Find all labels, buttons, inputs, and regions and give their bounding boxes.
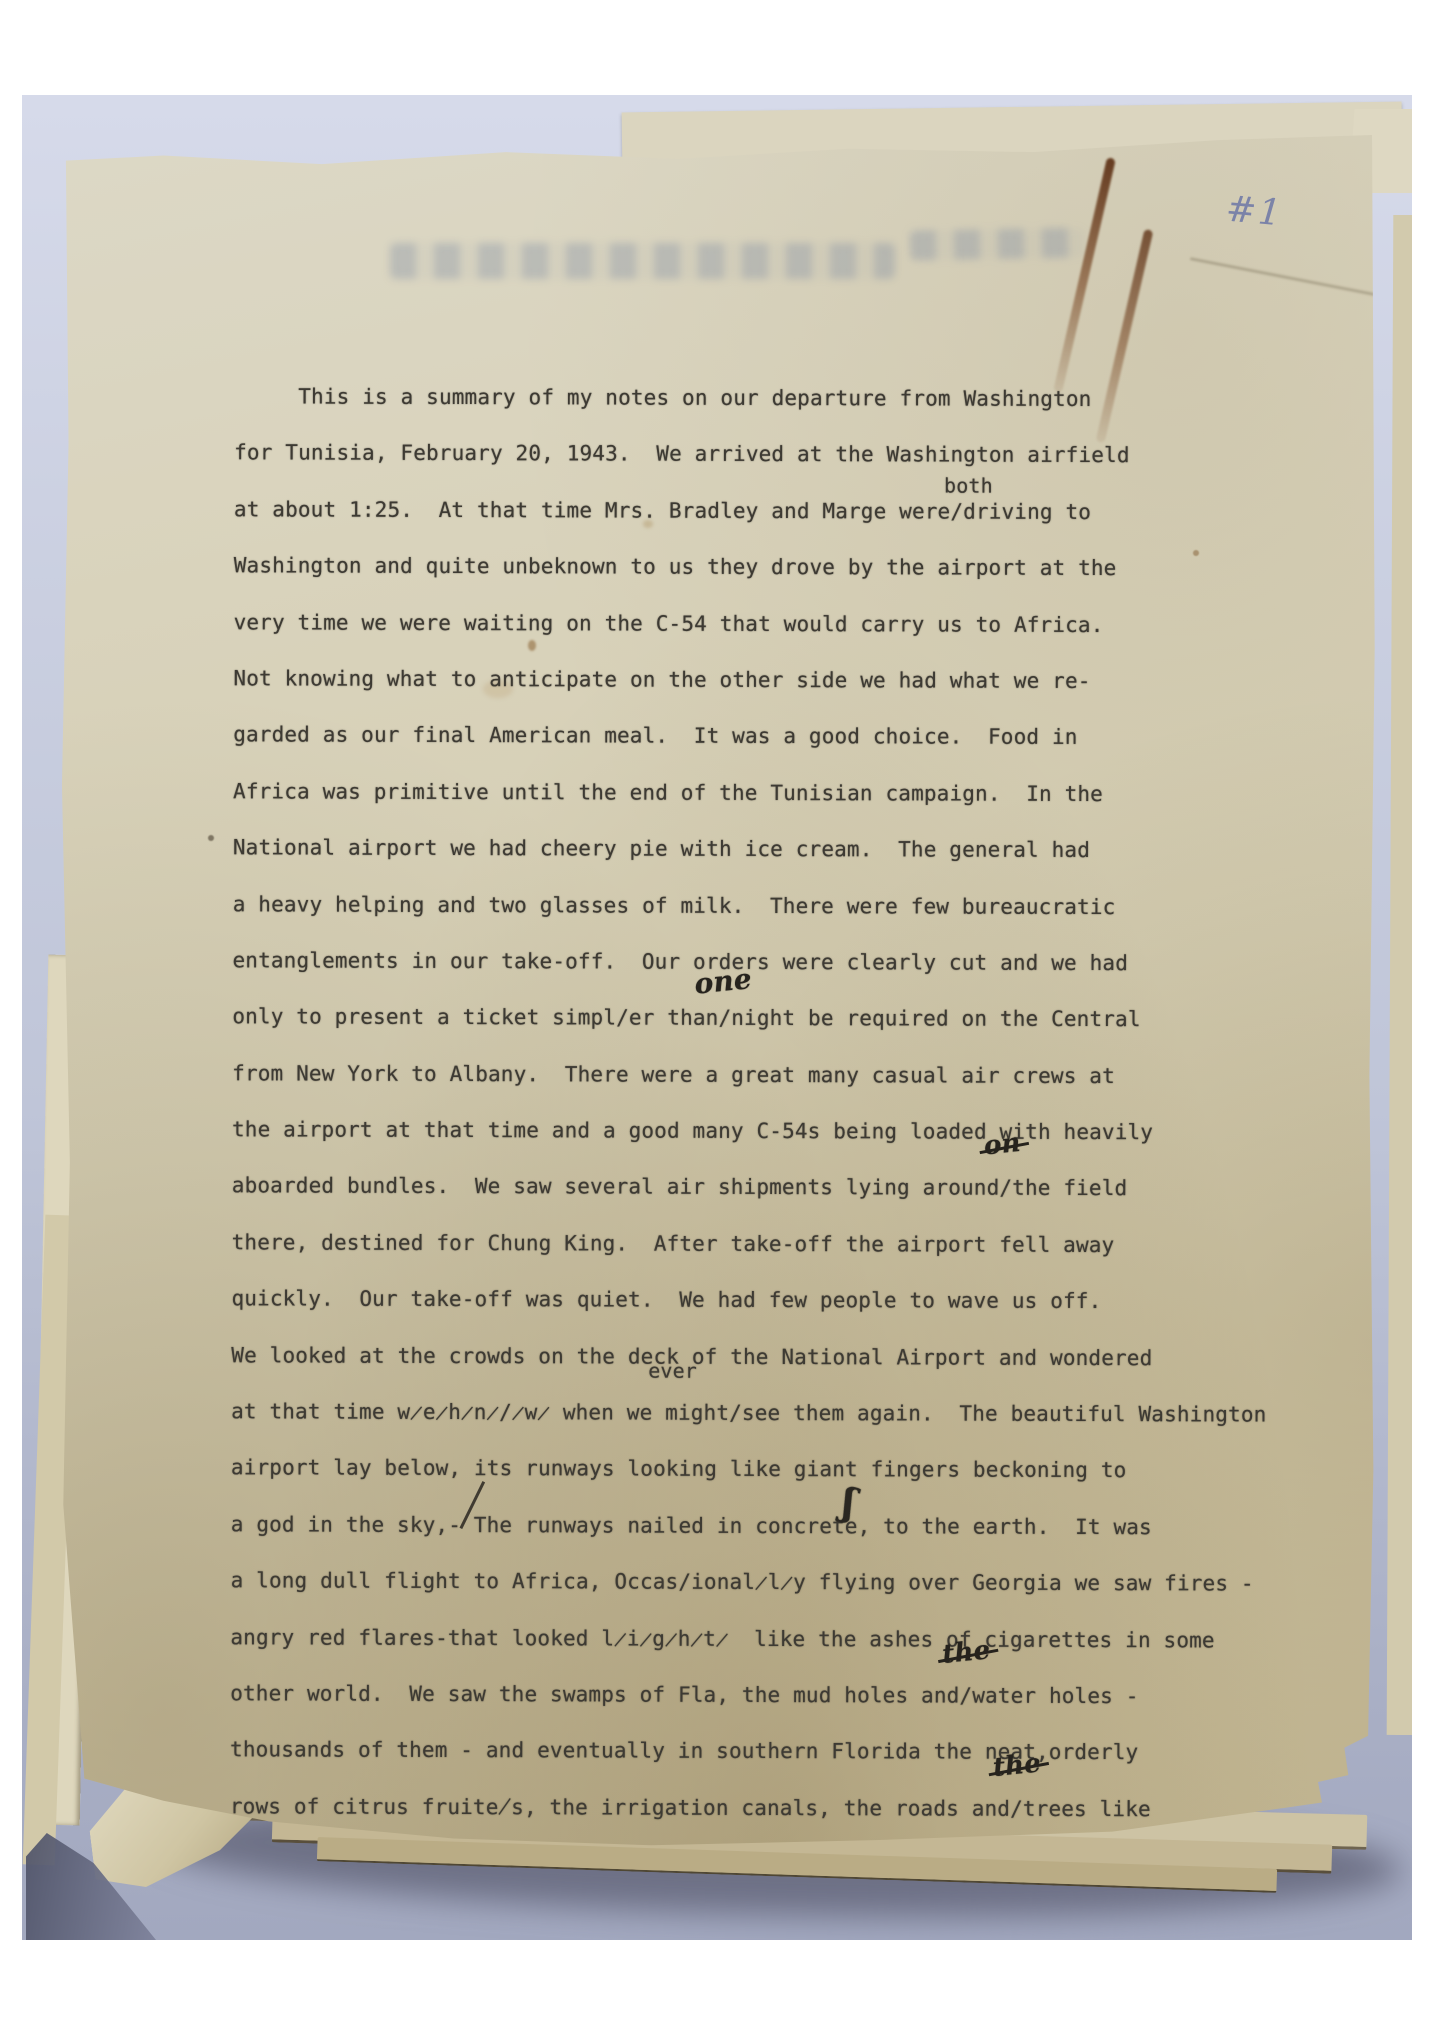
typed-line: aboarded bundles. We saw several air shi… xyxy=(232,1158,1312,1218)
typed-line: quickly. Our take-off was quiet. We had … xyxy=(231,1271,1311,1331)
typed-line: This is a summary of my notes on our dep… xyxy=(234,368,1314,428)
handwritten-insertion-one: one xyxy=(693,967,752,997)
typed-line: the airport at that time and a good many… xyxy=(232,1101,1312,1161)
typed-line: Not knowing what to anticipate on the ot… xyxy=(233,650,1313,710)
typed-line: airport lay below, its runways looking l… xyxy=(231,1440,1311,1500)
typed-line: We looked at the crowds on the deck of t… xyxy=(231,1327,1311,1387)
paper-crease xyxy=(1190,257,1412,308)
typed-line: for Tunisia, February 20, 1943. We arriv… xyxy=(234,425,1314,485)
typed-line: at about 1:25. At that time Mrs. Bradley… xyxy=(234,481,1314,541)
typescript-page: #1 This is a summary of my notes on our … xyxy=(58,135,1376,1847)
handwritten-insertion-the-water: the xyxy=(941,1638,991,1667)
paper-edge-sheet-right xyxy=(1387,215,1412,1735)
typed-line: there, destined for Chung King. After ta… xyxy=(232,1214,1312,1274)
typed-insertion-ever: ever xyxy=(648,1360,697,1382)
handwritten-page-number: #1 xyxy=(1224,189,1284,235)
typed-line: Washington and quite unbeknown to us the… xyxy=(234,537,1314,597)
handwritten-insertion-on: on xyxy=(983,1131,1022,1159)
typed-line: at that time w̷e̷h̷n̷/̷w̷ when we might/… xyxy=(231,1383,1311,1443)
typed-line: only to present a ticket simpl/er than/n… xyxy=(232,989,1312,1049)
typed-line: other world. We saw the swamps of Fla, t… xyxy=(230,1665,1310,1725)
typed-insertion-both: both xyxy=(944,475,993,497)
verso-text-show-through xyxy=(910,227,1085,260)
verso-text-show-through xyxy=(390,243,895,279)
typed-line: National airport we had cheery pie with … xyxy=(233,819,1313,879)
typed-line: angry red flares-that looked l̷i̷g̷h̷t̷ … xyxy=(230,1609,1310,1669)
paper-stain xyxy=(208,835,214,841)
typed-text-block: This is a summary of my notes on our dep… xyxy=(230,368,1315,1894)
typed-line: a god in the sky,- The runways nailed in… xyxy=(231,1496,1311,1556)
typed-line: very time we were waiting on the C-54 th… xyxy=(234,594,1314,654)
typed-line: a heavy helping and two glasses of milk.… xyxy=(233,876,1313,936)
typed-line: from New York to Albany. There were a gr… xyxy=(232,1045,1312,1105)
typed-line: garded as our final American meal. It wa… xyxy=(233,707,1313,767)
typed-line: thousands of them - and eventually in so… xyxy=(230,1722,1310,1782)
rust-stain xyxy=(1053,157,1116,393)
photo-of-typescript: #1 This is a summary of my notes on our … xyxy=(22,95,1412,1940)
typed-line: entanglements in our take-off. Our order… xyxy=(232,932,1312,992)
typed-line: Africa was primitive until the end of th… xyxy=(233,763,1313,823)
screenshot-canvas: #1 This is a summary of my notes on our … xyxy=(0,0,1440,2038)
handwritten-insertion-the-trees: the xyxy=(992,1751,1042,1780)
typed-line: a long dull flight to Africa, Occas/iona… xyxy=(230,1553,1310,1613)
